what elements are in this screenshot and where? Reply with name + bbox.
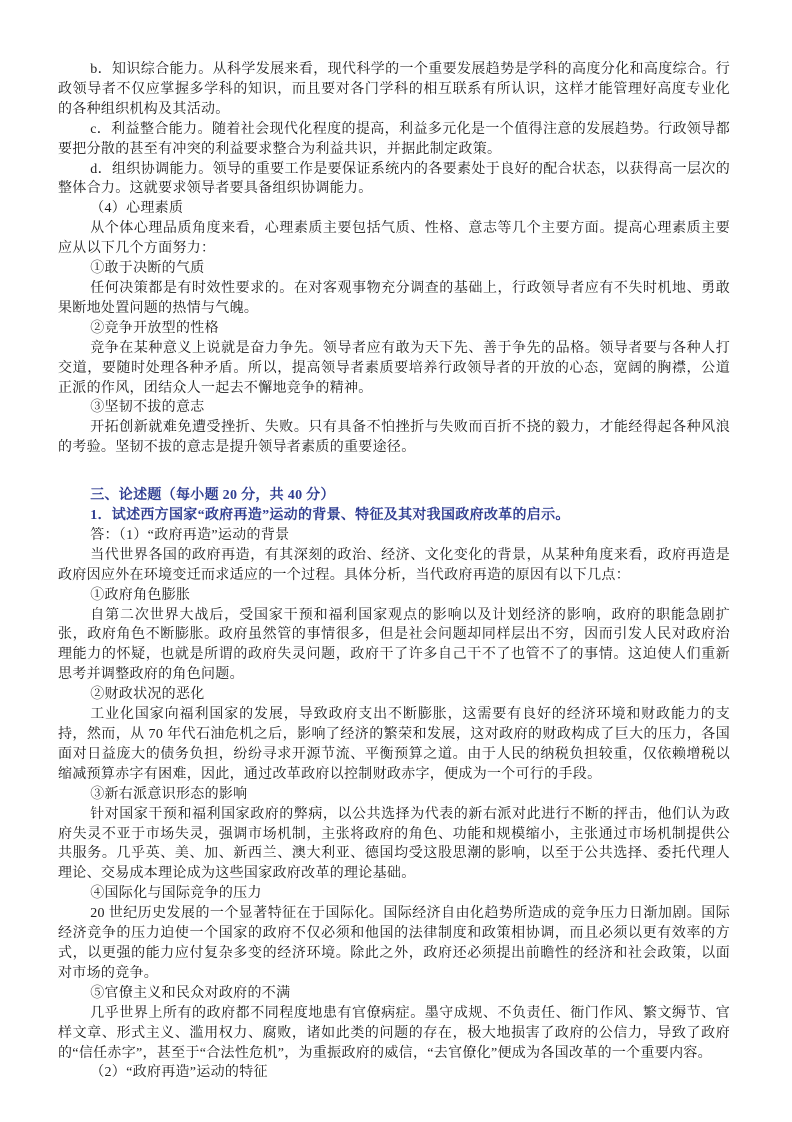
para-competitive-open-character: 竞争在某种意义上说就是奋力争先。领导者应有敢为天下先、善于争先的品格。领导者要与… <box>58 339 730 399</box>
heading-bureaucracy-discontent: ⑤官僚主义和民众对政府的不满 <box>58 984 730 1004</box>
para-interest-integration-ability: c．利益整合能力。随着社会现代化程度的提高，利益多元化是一个值得注意的发展趋势。… <box>58 120 730 160</box>
document-page: b．知识综合能力。从科学发展来看，现代科学的一个重要发展趋势是学科的高度分化和高… <box>0 0 792 1122</box>
document-content: b．知识综合能力。从科学发展来看，现代科学的一个重要发展趋势是学科的高度分化和高… <box>58 60 730 1083</box>
para-background-intro: 当代世界各国的政府再造，有其深刻的政治、经济、文化变化的背景，从某种角度来看，政… <box>58 546 730 586</box>
para-knowledge-ability: b．知识综合能力。从科学发展来看，现代科学的一个重要发展趋势是学科的高度分化和高… <box>58 60 730 120</box>
heading-decisive-temperament: ①敢于决断的气质 <box>58 259 730 279</box>
heading-perseverance-will: ③坚韧不拔的意志 <box>58 398 730 418</box>
para-perseverance-will: 开拓创新就难免遭受挫折、失败。只有具备不怕挫折与失败而百折不挠的毅力，才能经得起… <box>58 418 730 458</box>
para-internationalization-pressure: 20 世纪历史发展的一个显著特征在于国际化。国际经济自由化趋势所造成的竞争压力日… <box>58 904 730 984</box>
heading-competitive-open-character: ②竞争开放型的性格 <box>58 319 730 339</box>
heading-new-right-ideology: ③新右派意识形态的影响 <box>58 785 730 805</box>
heading-essay-section: 三、论述题（每小题 20 分，共 40 分） <box>58 486 730 506</box>
heading-essay-question-1: 1．试述西方国家“政府再造”运动的背景、特征及其对我国政府改革的启示。 <box>58 506 730 526</box>
heading-reinvention-features: （2）“政府再造”运动的特征 <box>58 1063 730 1083</box>
para-fiscal-deterioration: 工业化国家向福利国家的发展，导致政府支出不断膨胀，这需要有良好的经济环境和财政能… <box>58 705 730 785</box>
para-psychological-quality-intro: 从个体心理品质角度来看，心理素质主要包括气质、性格、意志等几个主要方面。提高心理… <box>58 219 730 259</box>
para-gov-role-expansion: 自第二次世界大战后，受国家干预和福利国家观点的影响以及计划经济的影响，政府的职能… <box>58 606 730 686</box>
para-decisive-temperament: 任何决策都是有时效性要求的。在对客观事物充分调查的基础上，行政领导者应有不失时机… <box>58 279 730 319</box>
para-bureaucracy-discontent: 几乎世界上所有的政府都不同程度地患有官僚病症。墨守成规、不负责任、衙门作风、繁文… <box>58 1004 730 1064</box>
para-answer-background-heading: 答：（1）“政府再造”运动的背景 <box>58 526 730 546</box>
heading-internationalization-pressure: ④国际化与国际竞争的压力 <box>58 884 730 904</box>
para-new-right-ideology: 针对国家干预和福利国家政府的弊病，以公共选择为代表的新右派对此进行不断的抨击，他… <box>58 805 730 885</box>
heading-gov-role-expansion: ①政府角色膨胀 <box>58 586 730 606</box>
heading-psychological-quality: （4）心理素质 <box>58 199 730 219</box>
para-organization-coordination-ability: d．组织协调能力。领导的重要工作是要保证系统内的各要素处于良好的配合状态，以获得… <box>58 160 730 200</box>
heading-fiscal-deterioration: ②财政状况的恶化 <box>58 685 730 705</box>
